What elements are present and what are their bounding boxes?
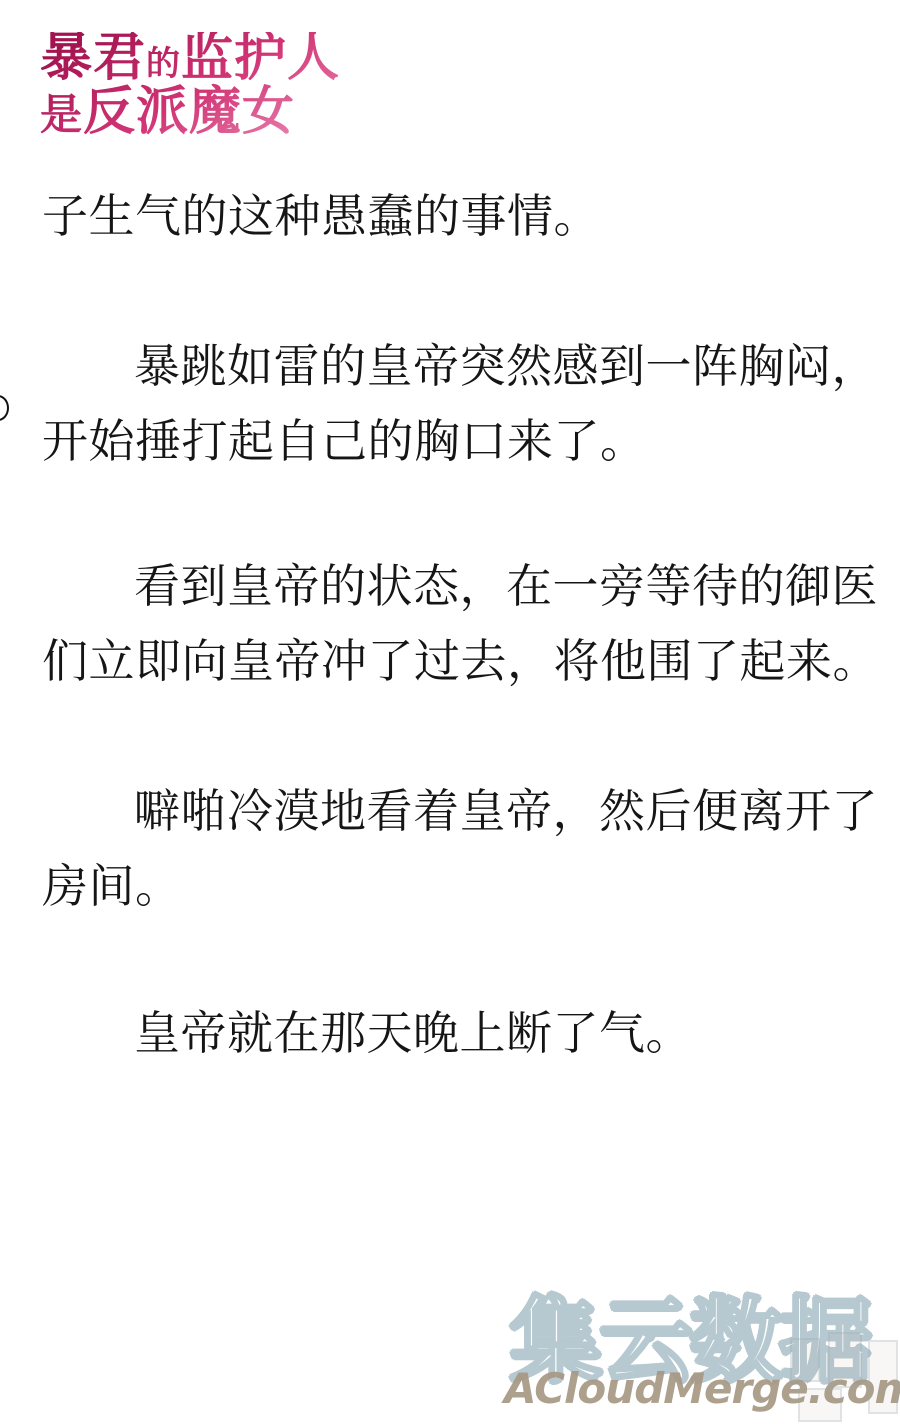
body-text-line: 房间。 (42, 860, 182, 913)
partial-circle-mark (0, 395, 9, 421)
logo-text-seg: 反派魔女 (83, 81, 295, 142)
faint-mark (798, 1388, 842, 1422)
logo-text-seg-small: 是 (40, 90, 83, 139)
logo-text-seg: 暴君 (40, 27, 146, 88)
faint-mark (828, 1332, 862, 1388)
series-logo-line2: 是反派魔女 (40, 86, 340, 138)
logo-text-seg: 监护人 (181, 27, 340, 88)
body-text-line: 子生气的这种愚蠢的事情。 (42, 190, 600, 243)
body-text-line: 暴跳如雷的皇帝突然感到一阵胸闷， (134, 340, 878, 393)
body-text-line: 噼啪冷漠地看着皇帝，然后便离开了 (134, 785, 878, 838)
comic-page: 暴君的监护人 是反派魔女 子生气的这种愚蠢的事情。 暴跳如雷的皇帝突然感到一阵胸… (0, 0, 900, 1424)
body-text-line: 们立即向皇帝冲了过去，将他围了起来。 (42, 635, 879, 688)
faint-mark (868, 1340, 898, 1414)
faint-watermark-remnants (780, 1330, 900, 1424)
body-text-line: 看到皇帝的状态，在一旁等待的御医 (134, 560, 878, 613)
series-logo: 暴君的监护人 是反派魔女 (40, 32, 340, 138)
faint-mark (790, 1338, 820, 1382)
body-text-line: 开始捶打起自己的胸口来了。 (42, 415, 647, 468)
body-text-line: 皇帝就在那天晚上断了气。 (134, 1007, 692, 1060)
series-logo-line1: 暴君的监护人 (40, 32, 340, 84)
logo-text-seg-small: 的 (146, 44, 181, 84)
